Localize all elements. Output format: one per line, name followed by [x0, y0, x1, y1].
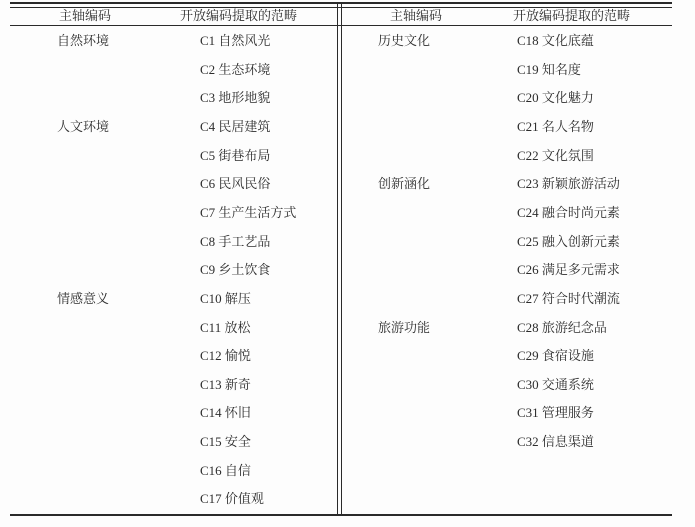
category-label: C17 价值观: [200, 485, 264, 514]
table-row: C13 新奇: [10, 371, 337, 400]
category-label: C10 解压: [200, 285, 251, 314]
category-label: C12 愉悦: [200, 342, 251, 371]
category-label: C16 自信: [200, 457, 251, 486]
axis-code-label: 人文环境: [57, 113, 109, 142]
right-half-table: 主轴编码 开放编码提取的范畴 历史文化C18 文化底蕴C19 知名度C20 文化…: [341, 0, 672, 527]
table-row: C26 满足多元需求: [341, 256, 672, 285]
table-row: C16 自信: [10, 457, 337, 486]
table-row: C9 乡土饮食: [10, 256, 337, 285]
table-row: C17 价值观: [10, 485, 337, 514]
table-row: C20 文化魅力: [341, 84, 672, 113]
table-row: C7 生产生活方式: [10, 199, 337, 228]
category-label: C21 名人名物: [517, 113, 594, 142]
category-label: C14 怀旧: [200, 399, 251, 428]
category-label: C15 安全: [200, 428, 251, 457]
table-row: 历史文化C18 文化底蕴: [341, 27, 672, 56]
category-label: C22 文化氛围: [517, 142, 594, 171]
category-label: C29 食宿设施: [517, 342, 594, 371]
category-label: C28 旅游纪念品: [517, 314, 607, 343]
category-label: C25 融入创新元素: [517, 228, 620, 257]
table-row: C6 民风民俗: [10, 170, 337, 199]
table-row: C15 安全: [10, 428, 337, 457]
column-header-open-coding-categories: 开放编码提取的范畴: [491, 7, 652, 25]
category-label: C2 生态环境: [200, 56, 270, 85]
axis-code-label: 历史文化: [378, 27, 430, 56]
category-label: C5 街巷布局: [200, 142, 270, 171]
table-row: 情感意义C10 解压: [10, 285, 337, 314]
table-row: C19 知名度: [341, 56, 672, 85]
category-label: C18 文化底蕴: [517, 27, 594, 56]
axis-code-label: 自然环境: [57, 27, 109, 56]
table-row: 人文环境C4 民居建筑: [10, 113, 337, 142]
table-row: C3 地形地貌: [10, 84, 337, 113]
category-label: C11 放松: [200, 314, 250, 343]
category-label: C26 满足多元需求: [517, 256, 620, 285]
table-row: C21 名人名物: [341, 113, 672, 142]
table-row: C12 愉悦: [10, 342, 337, 371]
category-label: C7 生产生活方式: [200, 199, 296, 228]
category-label: C20 文化魅力: [517, 84, 594, 113]
table-row: C31 管理服务: [341, 399, 672, 428]
category-label: C19 知名度: [517, 56, 581, 85]
category-label: C3 地形地貌: [200, 84, 270, 113]
table-row: C2 生态环境: [10, 56, 337, 85]
category-label: C30 交通系统: [517, 371, 594, 400]
category-label: C4 民居建筑: [200, 113, 270, 142]
coding-table: 主轴编码 开放编码提取的范畴 自然环境C1 自然风光C2 生态环境C3 地形地貌…: [0, 0, 695, 527]
table-row: 旅游功能C28 旅游纪念品: [341, 314, 672, 343]
category-label: C9 乡土饮食: [200, 256, 270, 285]
table-row: 创新涵化C23 新颖旅游活动: [341, 170, 672, 199]
table-row: C8 手工艺品: [10, 228, 337, 257]
table-row: C30 交通系统: [341, 371, 672, 400]
category-label: C6 民风民俗: [200, 170, 270, 199]
column-header-axis-coding: 主轴编码: [341, 7, 491, 25]
category-label: C1 自然风光: [200, 27, 270, 56]
axis-code-label: 创新涵化: [378, 170, 430, 199]
category-label: C13 新奇: [200, 371, 251, 400]
column-header-open-coding-categories: 开放编码提取的范畴: [160, 7, 317, 25]
table-row: C14 怀旧: [10, 399, 337, 428]
category-label: C8 手工艺品: [200, 228, 270, 257]
category-label: C32 信息渠道: [517, 428, 594, 457]
axis-code-label: 情感意义: [57, 285, 109, 314]
table-row: C24 融合时尚元素: [341, 199, 672, 228]
table-row: C22 文化氛围: [341, 142, 672, 171]
table-row: C27 符合时代潮流: [341, 285, 672, 314]
table-row: C11 放松: [10, 314, 337, 343]
table-row: C5 街巷布局: [10, 142, 337, 171]
table-row: 自然环境C1 自然风光: [10, 27, 337, 56]
category-label: C24 融合时尚元素: [517, 199, 620, 228]
category-label: C31 管理服务: [517, 399, 594, 428]
left-half-table: 主轴编码 开放编码提取的范畴 自然环境C1 自然风光C2 生态环境C3 地形地貌…: [10, 0, 337, 527]
table-row: C32 信息渠道: [341, 428, 672, 457]
category-label: C27 符合时代潮流: [517, 285, 620, 314]
table-row: C25 融入创新元素: [341, 228, 672, 257]
table-row: C29 食宿设施: [341, 342, 672, 371]
column-header-axis-coding: 主轴编码: [10, 7, 160, 25]
category-label: C23 新颖旅游活动: [517, 170, 620, 199]
axis-code-label: 旅游功能: [378, 314, 430, 343]
